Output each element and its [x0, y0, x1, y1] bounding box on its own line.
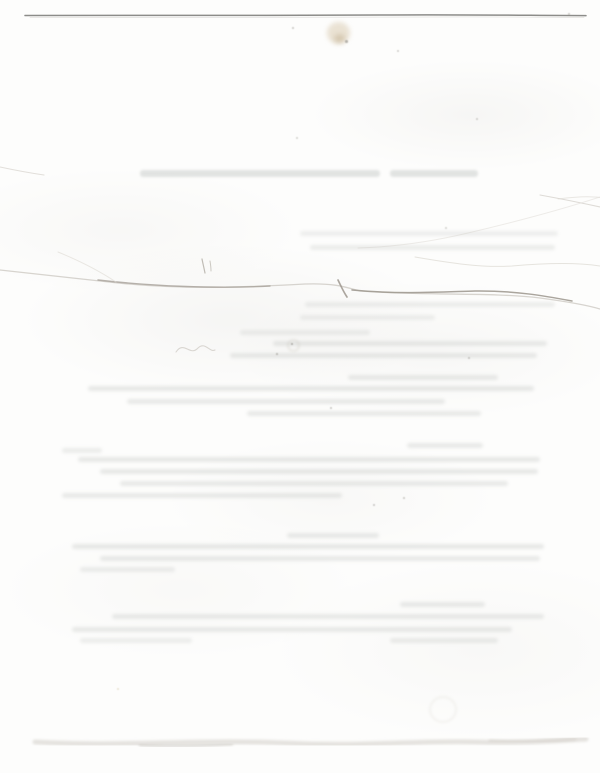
speck-mark — [476, 118, 478, 120]
speck-mark — [403, 497, 405, 499]
ring-mark — [287, 339, 300, 352]
speck-mark — [373, 504, 375, 506]
speck-mark — [468, 357, 470, 359]
speck-mark — [568, 13, 570, 15]
speck-mark — [291, 343, 293, 345]
ring-mark — [429, 696, 457, 723]
speck-mark — [330, 407, 332, 409]
speck-mark — [296, 137, 298, 139]
stain-layer — [0, 0, 600, 773]
speck-mark — [276, 353, 278, 355]
speck-mark — [397, 50, 399, 52]
stain-mark — [334, 34, 345, 43]
scanned-page — [0, 0, 600, 773]
speck-mark — [292, 27, 294, 29]
speck-mark — [445, 227, 447, 229]
speck-mark — [345, 40, 348, 43]
speck-mark — [117, 688, 119, 690]
